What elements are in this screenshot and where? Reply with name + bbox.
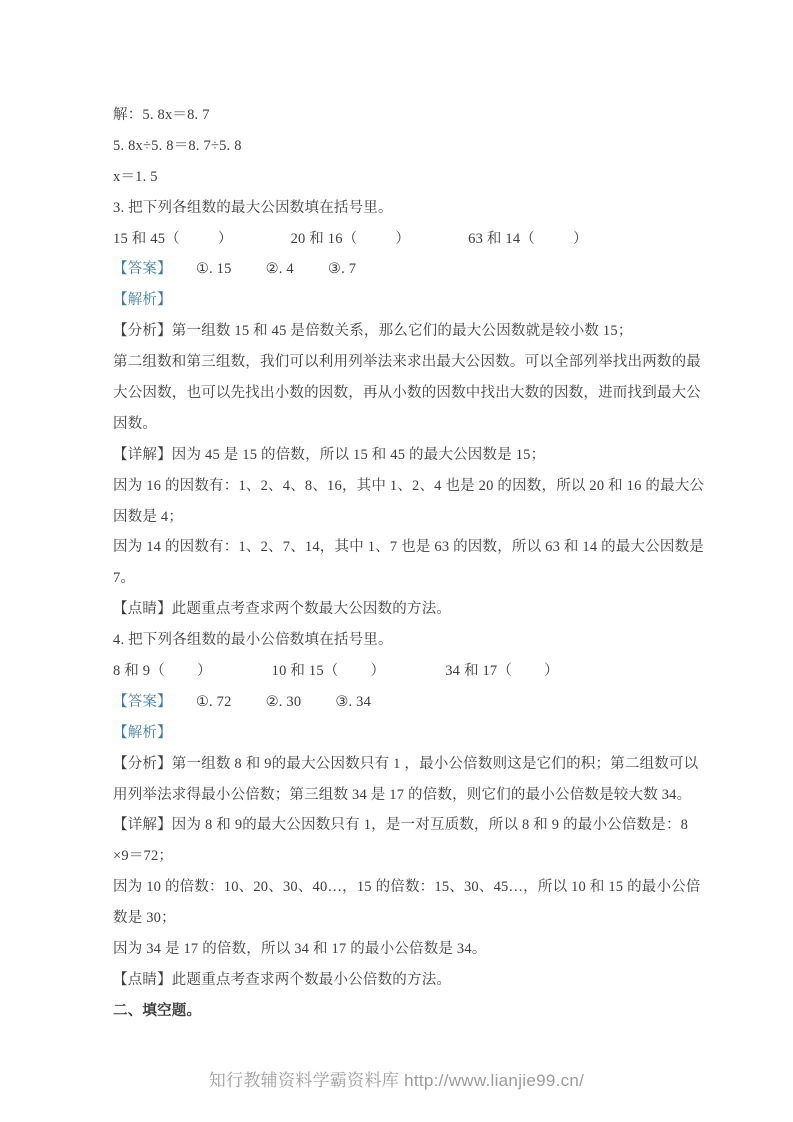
answer-blank [357,242,395,243]
text-run: 20 和 16（ [291,231,358,247]
text-run: 【点睛】此题重点考查求两个数最大公因数的方法。 [113,601,451,617]
question-3-answer: 【答案】①. 15②. 4③. 7 [113,254,688,285]
text-run: 因为 10 的倍数：10、20、30、40…，15 的倍数：15、30、45…，… [113,879,701,895]
text-run: 7。 [113,570,135,586]
spacer [232,272,266,273]
document-content: 解：5. 8x＝8. 75. 8x÷5. 8＝8. 7÷5. 8x＝1. 53.… [113,100,688,1027]
text-run: 8 和 9（ [113,663,165,679]
text-run: ） [371,663,386,679]
text-run: ①. 72 [196,694,232,710]
text-run: 数是 30； [113,910,176,926]
section-label: 【答案】 [113,694,172,710]
equation-line: x＝1. 5 [113,162,688,193]
equation-line: 5. 8x÷5. 8＝8. 7÷5. 8 [113,131,688,162]
answer-blank [339,674,371,675]
question-4-title: 4. 把下列各组数的最小公倍数填在括号里。 [113,625,688,656]
question-3-title: 3. 把下列各组数的最大公因数填在括号里。 [113,193,688,224]
spacer [172,272,196,273]
text-run: 因数。 [113,416,157,432]
text-run: ×9＝72； [113,848,173,864]
text-run: 【分析】第一组数 15 和 45 是倍数关系，那么它们的最大公因数就是较小数 1… [113,323,633,339]
text-run: 【分析】第一组数 8 和 9的最大公因数只有 1 ，最小公倍数则这是它们的积；第… [113,756,698,772]
text-run: ②. 4 [266,261,294,277]
text-run: ） [218,231,233,247]
text-run: 【详解】因为 8 和 9的最大公因数只有 1，是一对互质数，所以 8 和 9 的… [113,817,688,833]
text-run: 第二组数和第三组数，我们可以利用列举法来求出最大公因数。可以全部列举找出两数的最 [113,354,701,370]
section-label: 【答案】 [113,261,172,277]
analysis-text: 大公因数，也可以先找出小数的因数，再从小数的因数中找出大数的因数，进而找到最大公 [113,378,688,409]
detail-text: 因为 14 的因数有：1、2、7、14，其中 1、7 也是 63 的因数，所以 … [113,532,688,563]
text-run: 因数是 4； [113,509,183,525]
answer-blank [535,242,573,243]
text-run: 二、填空题。 [113,1003,201,1019]
detail-text: ×9＝72； [113,841,688,872]
equation-line: 解：5. 8x＝8. 7 [113,100,688,131]
spacer [294,272,328,273]
text-run: 大公因数，也可以先找出小数的因数，再从小数的因数中找出大数的因数，进而找到最大公 [113,385,701,401]
analysis-text: 第二组数和第三组数，我们可以利用列举法来求出最大公因数。可以全部列举找出两数的最 [113,347,688,378]
text-run: 因为 16 的因数有：1、2、4、8、16，其中 1、2、4 也是 20 的因数… [113,478,704,494]
spacer [212,674,272,675]
text-run: ） [544,663,559,679]
answer-blank [165,674,197,675]
text-run: x＝1. 5 [113,169,158,185]
text-run: ②. 30 [266,694,302,710]
text-run: ） [197,663,212,679]
spacer [385,674,445,675]
spacer [233,242,291,243]
section-2-heading: 二、填空题。 [113,996,688,1027]
text-run: 4. 把下列各组数的最小公倍数填在括号里。 [113,632,393,648]
text-run: 5. 8x÷5. 8＝8. 7÷5. 8 [113,138,242,154]
detail-text: 因为 16 的因数有：1、2、4、8、16，其中 1、2、4 也是 20 的因数… [113,471,688,502]
text-run: ①. 15 [196,261,232,277]
analysis-text: 因数。 [113,409,688,440]
text-run: 【详解】因为 45 是 15 的倍数，所以 15 和 45 的最大公因数是 15… [113,447,545,463]
analysis-text: 【分析】第一组数 15 和 45 是倍数关系，那么它们的最大公因数就是较小数 1… [113,316,688,347]
detail-text: 因为 34 是 17 的倍数，所以 34 和 17 的最小公倍数是 34。 [113,934,688,965]
answer-blank [512,674,544,675]
document-page: 解：5. 8x＝8. 75. 8x÷5. 8＝8. 7÷5. 8x＝1. 53.… [0,0,793,1122]
watermark-footer: 知行教辅资料学霸资料库 http://www.lianjie99.cn/ [0,1066,793,1091]
spacer [172,705,196,706]
summary-text: 【点睛】此题重点考查求两个数最大公因数的方法。 [113,594,688,625]
text-run: 用列举法求得最小公倍数；第三组数 34 是 17 的倍数，则它们的最小公倍数是较… [113,787,691,803]
spacer [232,705,266,706]
text-run: 解：5. 8x＝8. 7 [113,107,210,123]
analysis-label-line: 【解析】 [113,285,688,316]
text-run: 10 和 15（ [272,663,339,679]
text-run: 63 和 14（ [468,231,535,247]
question-4-blanks: 8 和 9（）10 和 15（）34 和 17（） [113,656,688,687]
text-run: ③. 7 [328,261,356,277]
analysis-label-line: 【解析】 [113,718,688,749]
text-run: 因为 34 是 17 的倍数，所以 34 和 17 的最小公倍数是 34。 [113,941,487,957]
text-run: 34 和 17（ [445,663,512,679]
answer-blank [180,242,218,243]
summary-text: 【点睛】此题重点考查求两个数最小公倍数的方法。 [113,965,688,996]
text-run: ） [573,231,588,247]
spacer [410,242,468,243]
analysis-text: 用列举法求得最小公倍数；第三组数 34 是 17 的倍数，则它们的最小公倍数是较… [113,780,688,811]
text-run: 3. 把下列各组数的最大公因数填在括号里。 [113,200,393,216]
question-4-answer: 【答案】①. 72②. 30③. 34 [113,687,688,718]
detail-text: 【详解】因为 45 是 15 的倍数，所以 15 和 45 的最大公因数是 15… [113,440,688,471]
text-run: ③. 34 [335,694,371,710]
spacer [301,705,335,706]
question-3-blanks: 15 和 45（）20 和 16（）63 和 14（） [113,224,688,255]
section-label: 【解析】 [113,725,172,741]
text-run: 15 和 45（ [113,231,180,247]
detail-text: 数是 30； [113,903,688,934]
text-run: 因为 14 的因数有：1、2、7、14，其中 1、7 也是 63 的因数，所以 … [113,539,704,555]
analysis-text: 【分析】第一组数 8 和 9的最大公因数只有 1 ，最小公倍数则这是它们的积；第… [113,749,688,780]
detail-text: 7。 [113,563,688,594]
text-run: ） [395,231,410,247]
detail-text: 因数是 4； [113,502,688,533]
text-run: 【点睛】此题重点考查求两个数最小公倍数的方法。 [113,972,451,988]
detail-text: 因为 10 的倍数：10、20、30、40…，15 的倍数：15、30、45…，… [113,872,688,903]
detail-text: 【详解】因为 8 和 9的最大公因数只有 1，是一对互质数，所以 8 和 9 的… [113,810,688,841]
section-label: 【解析】 [113,292,172,308]
